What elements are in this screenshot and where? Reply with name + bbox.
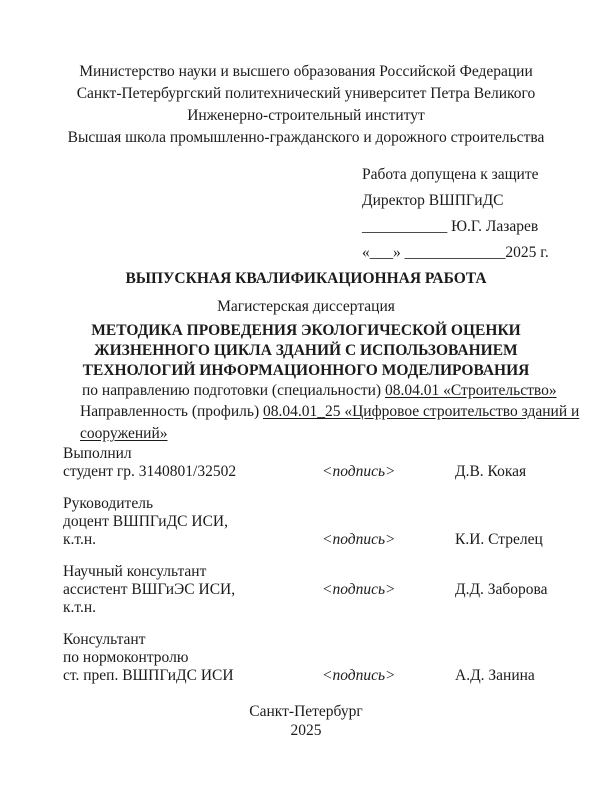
work-subtitle: Магистерская диссертация <box>0 297 612 317</box>
thesis-title: МЕТОДИКА ПРОВЕДЕНИЯ ЭКОЛОГИЧЕСКОЙ ОЦЕНКИ… <box>76 321 536 381</box>
signatory-row-student: Выполнил студент гр. 3140801/32502 <подп… <box>63 445 612 481</box>
signature-placeholder: <подпись> <box>322 463 396 481</box>
field-prefix: по направлению подготовки (специальности… <box>82 382 385 399</box>
signatory-name: А.Д. Занина <box>455 667 535 685</box>
signatory-role: Научный консультант <box>63 563 612 581</box>
signatories-table: Выполнил студент гр. 3140801/32502 <подп… <box>63 445 612 685</box>
signature-blank: ___________ <box>362 218 447 235</box>
signatory-detail: по нормоконтролю <box>63 649 612 667</box>
university-header: Министерство науки и высшего образования… <box>0 61 612 149</box>
signature-placeholder: <подпись> <box>322 667 396 685</box>
profile-line: Направленность (профиль) 08.04.01_25 «Ци… <box>80 401 590 445</box>
ministry-line: Министерство науки и высшего образования… <box>0 61 612 83</box>
signatory-name: Д.Д. Заборова <box>455 581 548 599</box>
approval-block: Работа допущена к защите Директор ВШПГиД… <box>362 162 612 266</box>
university-line: Санкт-Петербургский политехнический унив… <box>0 83 612 105</box>
signatory-row-norm-control-consultant: Консультант по нормоконтролю ст. преп. В… <box>63 631 612 685</box>
profile-prefix: Направленность (профиль) <box>80 403 263 420</box>
approval-director-title: Директор ВШПГиДС <box>362 188 612 214</box>
thesis-title-page: Министерство науки и высшего образования… <box>0 0 612 792</box>
signatory-role: Выполнил <box>63 445 612 463</box>
approval-signature-line: ___________ Ю.Г. Лазарев <box>362 214 612 240</box>
work-type-heading: ВЫПУСКНАЯ КВАЛИФИКАЦИОННАЯ РАБОТА <box>0 269 612 289</box>
signatory-name: К.И. Стрелец <box>455 531 543 549</box>
director-name: Ю.Г. Лазарев <box>451 218 538 235</box>
approval-statement: Работа допущена к защите <box>362 162 612 188</box>
field-value: 08.04.01 «Строительство» <box>385 382 557 399</box>
signatory-role: Руководитель <box>63 495 612 513</box>
footer-block: Санкт-Петербург 2025 <box>0 702 612 740</box>
signatory-role: Консультант <box>63 631 612 649</box>
signatory-row-supervisor: Руководитель доцент ВШПГиДС ИСИ, к.т.н. … <box>63 495 612 549</box>
signatory-detail: доцент ВШПГиДС ИСИ, <box>63 513 612 531</box>
footer-year: 2025 <box>0 721 612 740</box>
signature-placeholder: <подпись> <box>322 531 396 549</box>
field-of-study-line: по направлению подготовки (специальности… <box>82 381 612 401</box>
signature-placeholder: <подпись> <box>322 581 396 599</box>
institute-line: Инженерно-строительный институт <box>0 105 612 127</box>
approval-date-line: «___» _____________2025 г. <box>362 240 612 266</box>
footer-city: Санкт-Петербург <box>0 702 612 721</box>
school-line: Высшая школа промышленно-гражданского и … <box>0 127 612 149</box>
signatory-row-scientific-consultant: Научный консультант ассистент ВШГиЭС ИСИ… <box>63 563 612 617</box>
signatory-detail: к.т.н. <box>63 599 612 617</box>
signatory-name: Д.В. Кокая <box>455 463 526 481</box>
